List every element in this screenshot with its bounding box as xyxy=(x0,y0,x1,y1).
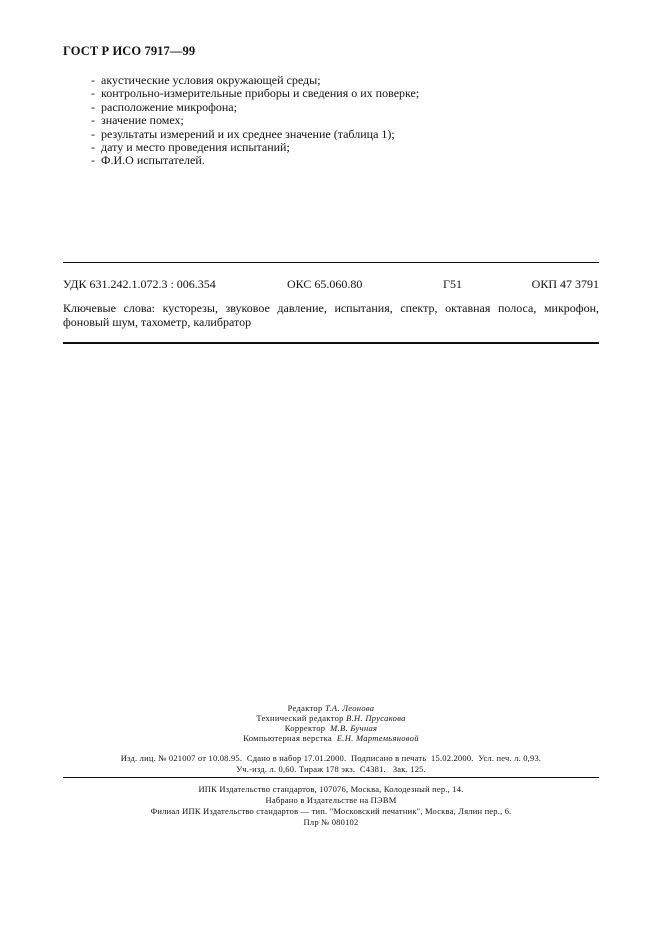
bullet-dash: - xyxy=(91,114,101,127)
imprint-block: ИПК Издательство стандартов, 107076, Мос… xyxy=(63,784,599,828)
okp-code: ОКП 47 3791 xyxy=(532,277,599,292)
bullet-dash: - xyxy=(91,154,101,167)
report-items-list: -акустические условия окружающей среды; … xyxy=(91,74,419,168)
bullet-dash: - xyxy=(91,141,101,154)
bullet-dash: - xyxy=(91,101,101,114)
list-item: -дату и место проведения испытаний; xyxy=(91,141,419,154)
publication-details: Изд. лиц. № 021007 от 10.08.95. Сдано в … xyxy=(63,753,599,775)
group-code: Г51 xyxy=(443,277,462,292)
bullet-dash: - xyxy=(91,74,101,87)
divider-bottom xyxy=(63,342,599,344)
divider-top xyxy=(63,262,599,263)
standard-id-header: ГОСТ Р ИСО 7917—99 xyxy=(63,44,195,59)
udk-code: УДК 631.242.1.072.3 : 006.354 xyxy=(63,277,216,292)
divider-imprint xyxy=(63,777,599,778)
credit-line: Компьютерная верстка Е.Н. Мартемьяновой xyxy=(63,733,599,743)
bullet-dash: - xyxy=(91,128,101,141)
list-item: -расположение микрофона; xyxy=(91,101,419,114)
list-item: -результаты измерений и их среднее значе… xyxy=(91,128,419,141)
list-item: -контрольно-измерительные приборы и свед… xyxy=(91,87,419,100)
credit-line: Корректор М.В. Бучная xyxy=(63,723,599,733)
credit-line: Технический редактор В.Н. Прусакова xyxy=(63,713,599,723)
keywords: Ключевые слова: кусторезы, звуковое давл… xyxy=(63,301,599,329)
credits-block: Редактор Т.А. Леонова Технический редакт… xyxy=(63,703,599,743)
bullet-dash: - xyxy=(91,87,101,100)
list-item: -значение помех; xyxy=(91,114,419,127)
oks-code: ОКС 65.060.80 xyxy=(287,277,362,292)
list-item: -акустические условия окружающей среды; xyxy=(91,74,419,87)
credit-line: Редактор Т.А. Леонова xyxy=(63,703,599,713)
list-item: -Ф.И.О испытателей. xyxy=(91,154,419,167)
